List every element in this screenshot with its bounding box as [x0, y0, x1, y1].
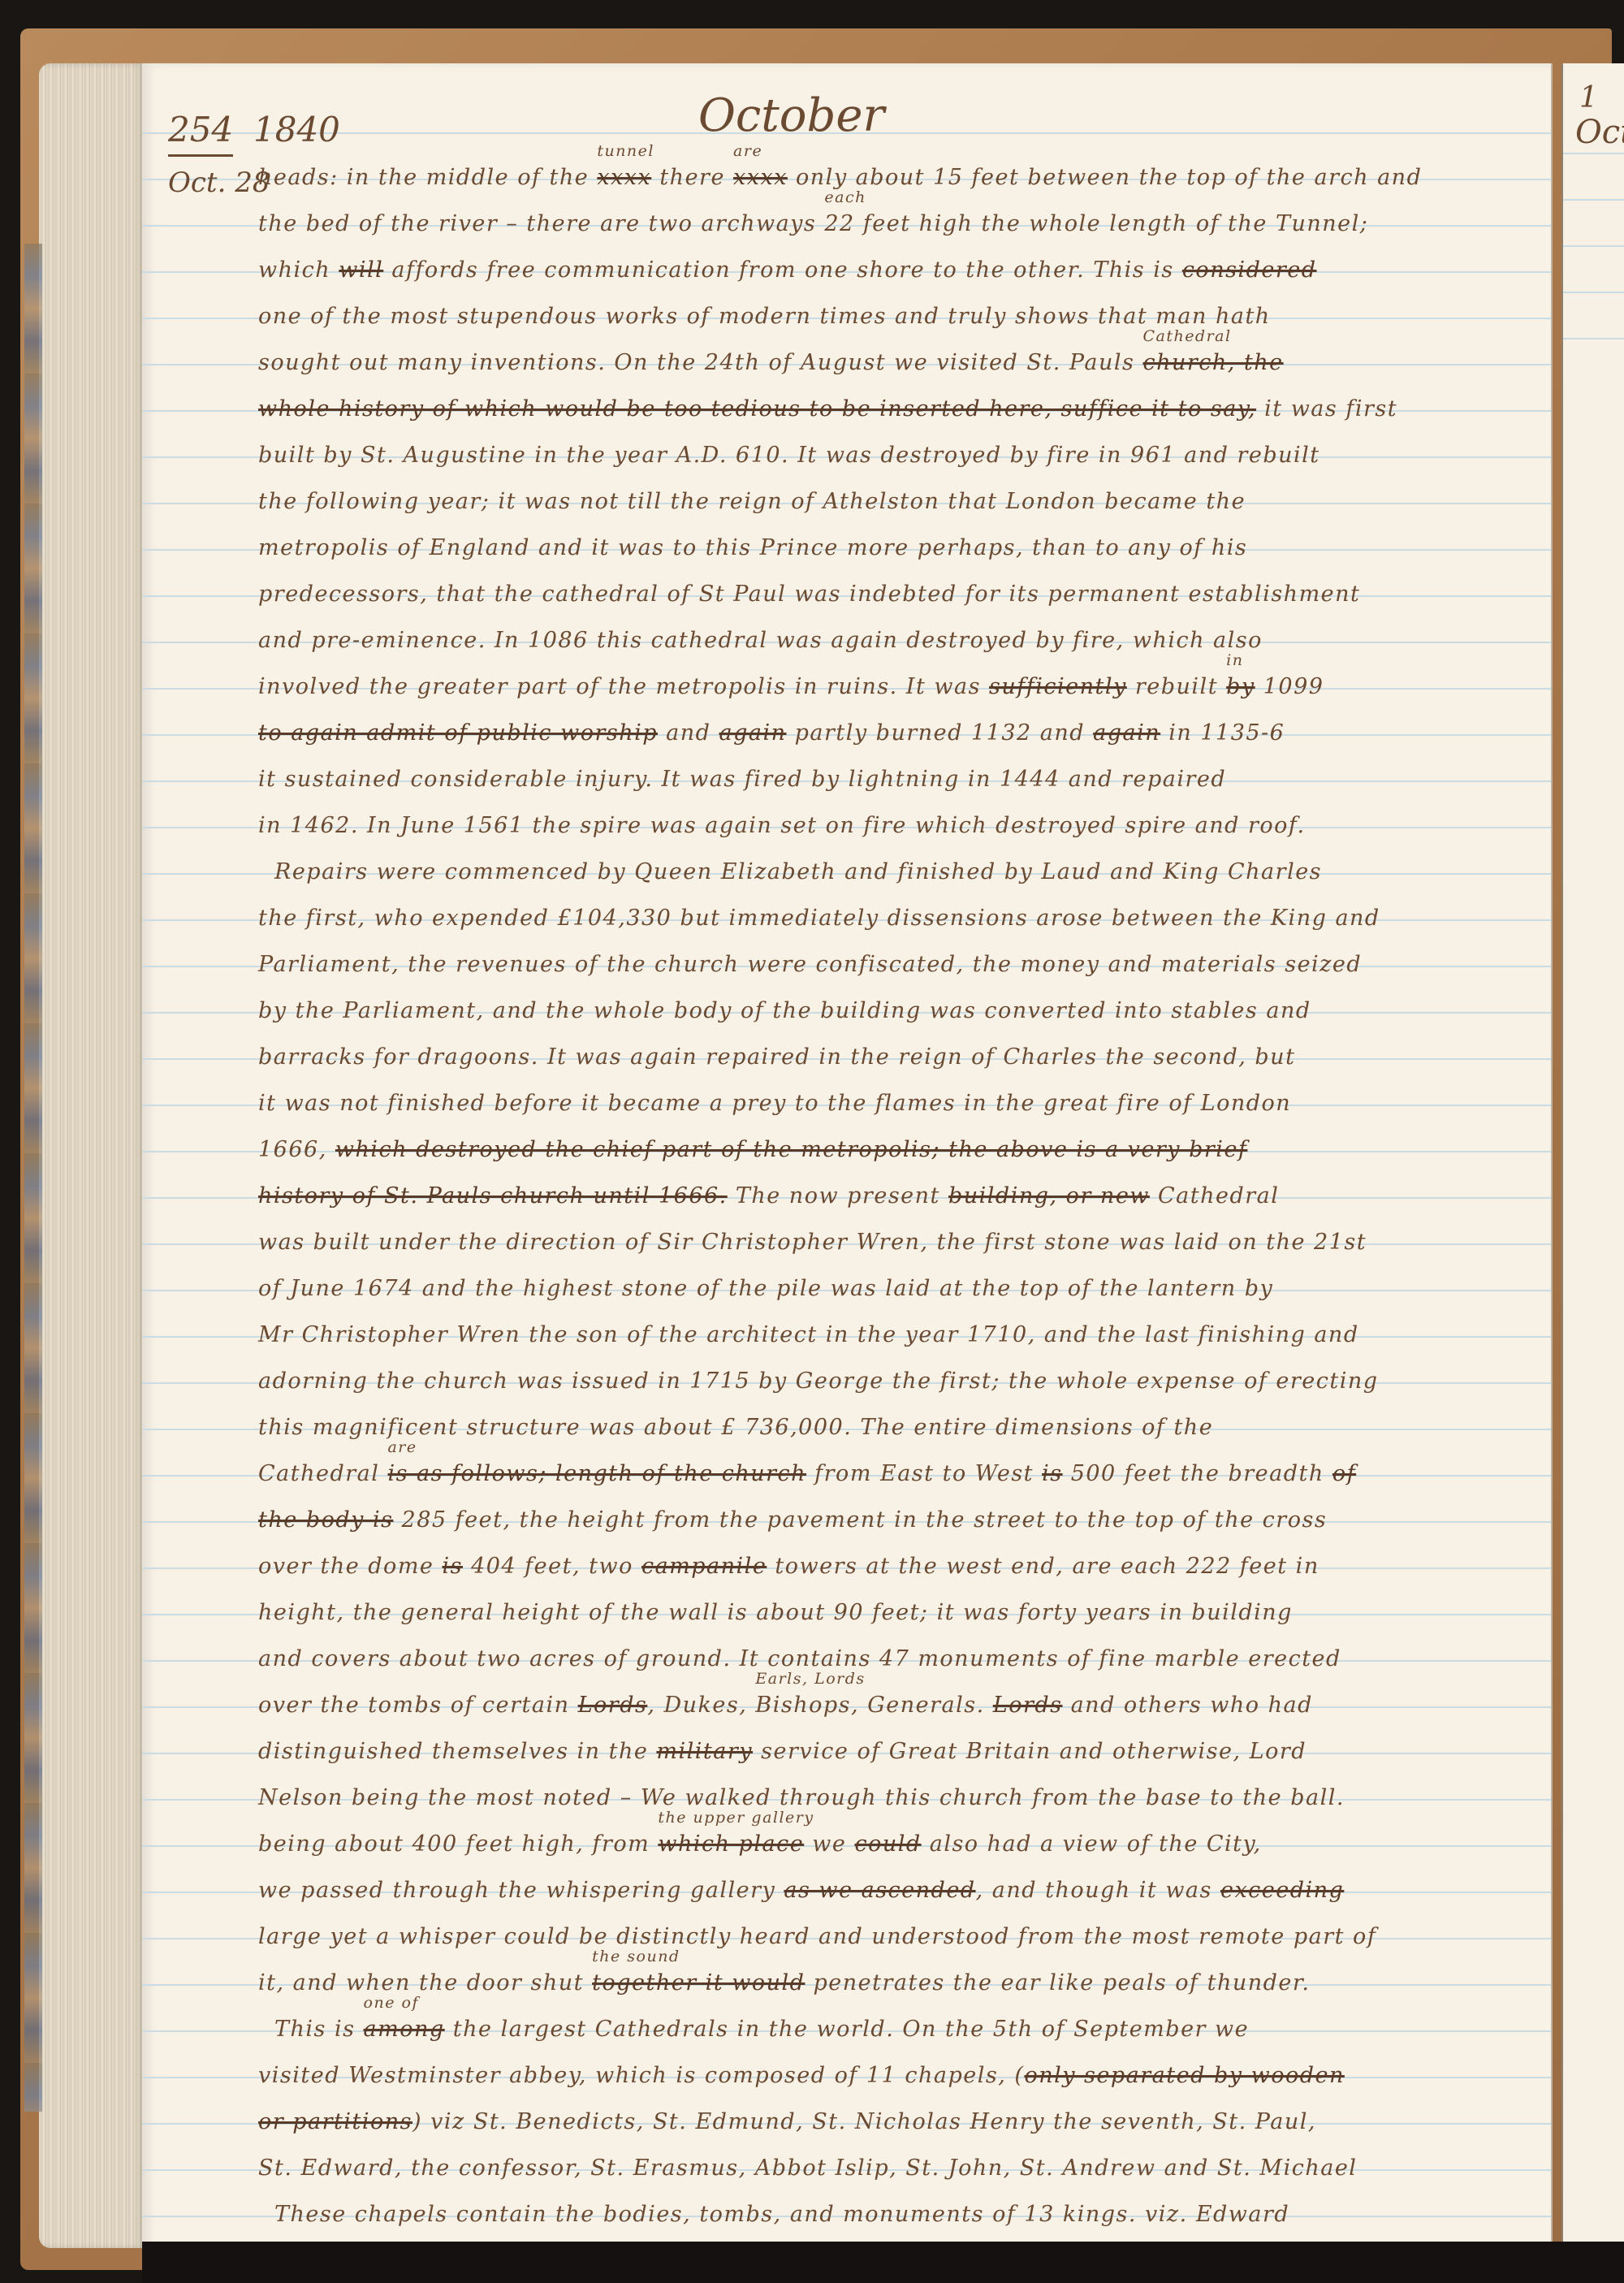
struck-text: or partitions — [258, 2109, 412, 2134]
text-line: adorning the church was issued in 1715 b… — [258, 1358, 1492, 1404]
text-line: These chapels contain the bodies, tombs,… — [258, 2191, 1492, 2238]
insertion: Cathedralchurch, the — [1142, 350, 1283, 375]
text-line: it was not finished before it became a p… — [258, 1080, 1492, 1126]
page-edges — [39, 63, 145, 2248]
text-run: 1666, — [258, 1137, 335, 1162]
interlinear-insertion: are — [733, 144, 762, 159]
entry-date: Oct. 28 — [168, 166, 270, 199]
text-line: height, the general height of the wall i… — [258, 1589, 1492, 1636]
text-line: the bed of the river – there are two arc… — [258, 201, 1492, 247]
text-line: it, and when the door shut the soundtoge… — [258, 1960, 1492, 2006]
text-run: rebuilt — [1127, 674, 1226, 699]
struck-text: is as follows; length of the church — [387, 1461, 806, 1486]
text-run: partly burned 1132 and — [786, 720, 1093, 746]
text-line: large yet a whisper could be distinctly … — [258, 1913, 1492, 1960]
interlinear-insertion: the sound — [592, 1949, 680, 1965]
text-line: St. Edward, the confessor, St. Erasmus, … — [258, 2145, 1492, 2191]
interlinear-insertion: one of — [364, 1995, 419, 2011]
text-line: heads: in the middle of the tunnelxxxx t… — [258, 154, 1492, 201]
struck-text: sufficiently — [989, 674, 1127, 699]
struck-text: considered — [1182, 257, 1317, 283]
text-line: history of St. Pauls church until 1666. … — [258, 1173, 1492, 1219]
text-run: there — [651, 165, 733, 190]
text-run: sought out many inventions. On the 24th … — [258, 350, 1142, 375]
text-run: Bishops, Generals. — [755, 1693, 992, 1718]
insertion: inby — [1226, 674, 1255, 699]
text-line: in 1462. In June 1561 the spire was agai… — [258, 802, 1492, 849]
text-run: it, and when the door shut — [258, 1970, 592, 1995]
struck-text: is — [442, 1554, 463, 1579]
text-line: the first, who expended £104,330 but imm… — [258, 895, 1492, 941]
text-run: towers at the west end, are each 222 fee… — [767, 1554, 1319, 1579]
text-line: being about 400 feet high, from the uppe… — [258, 1821, 1492, 1867]
journal-text: heads: in the middle of the tunnelxxxx t… — [258, 154, 1492, 2238]
struck-text: among — [364, 2017, 445, 2042]
struck-text: xxxx — [597, 165, 651, 190]
interlinear-insertion: are — [387, 1440, 417, 1455]
text-line: Cathedral areis as follows; length of th… — [258, 1451, 1492, 1497]
text-run: 22 feet high the whole length of the Tun… — [824, 211, 1368, 236]
text-line: involved the greater part of the metropo… — [258, 664, 1492, 710]
struck-text: is — [1042, 1461, 1063, 1486]
right-margin-line — [1551, 63, 1553, 2256]
text-run: 1099 — [1255, 674, 1324, 699]
struck-text: as we ascended — [784, 1878, 975, 1903]
text-run: Cathedral — [258, 1461, 387, 1486]
interlinear-insertion: the upper gallery — [658, 1810, 814, 1826]
marbled-endpaper — [24, 244, 42, 2112]
struck-text: which destroyed the chief part of the me… — [335, 1137, 1248, 1162]
text-run: which — [258, 257, 339, 283]
text-line: it sustained considerable injury. It was… — [258, 756, 1492, 802]
text-run: ) viz St. Benedicts, St. Edmund, St. Nic… — [412, 2109, 1316, 2134]
text-line: over the dome is 404 feet, two campanile… — [258, 1543, 1492, 1589]
text-run: penetrates the ear like peals of thunder… — [805, 1970, 1310, 1995]
text-run: 404 feet, two — [463, 1554, 641, 1579]
struck-text: which place — [658, 1831, 804, 1857]
journal-page-right — [1561, 63, 1624, 2256]
rule-line — [1563, 153, 1624, 154]
text-line: we passed through the whispering gallery… — [258, 1867, 1492, 1913]
struck-text: of — [1332, 1461, 1356, 1486]
text-line: and pre-eminence. In 1086 this cathedral… — [258, 617, 1492, 664]
text-run: in 1135-6 — [1160, 720, 1285, 746]
text-line: sought out many inventions. On the 24th … — [258, 339, 1492, 386]
text-line: Repairs were commenced by Queen Elizabet… — [258, 849, 1492, 895]
text-run: the bed of the river – there are two arc… — [258, 211, 824, 236]
facing-page-date-fragment: Oct. — [1575, 114, 1624, 151]
rule-line — [1563, 292, 1624, 293]
text-line: and covers about two acres of ground. It… — [258, 1636, 1492, 1682]
text-run: 285 feet, the height from the pavement i… — [393, 1507, 1327, 1533]
text-line: Nelson being the most noted – We walked … — [258, 1775, 1492, 1821]
text-run: The now present — [728, 1183, 948, 1209]
text-line: 1666, which destroyed the chief part of … — [258, 1126, 1492, 1173]
struck-text: whole history of which would be too tedi… — [258, 396, 1256, 422]
text-run: Cathedral — [1150, 1183, 1279, 1209]
interlinear-insertion: Cathedral — [1142, 329, 1231, 344]
text-run: over the tombs of certain — [258, 1693, 578, 1718]
text-line: visited Westminster abbey, which is comp… — [258, 2052, 1492, 2099]
struck-text: military — [656, 1739, 753, 1764]
text-line: the body is 285 feet, the height from th… — [258, 1497, 1492, 1543]
text-run: also had a view of the City, — [922, 1831, 1262, 1857]
text-line: barracks for dragoons. It was again repa… — [258, 1034, 1492, 1080]
text-line: over the tombs of certain Lords, Dukes, … — [258, 1682, 1492, 1728]
text-run: heads: in the middle of the — [258, 165, 597, 190]
month-heading: October — [698, 89, 884, 142]
insertion: arexxxx — [733, 165, 788, 190]
struck-text: will — [339, 257, 383, 283]
struck-text: again — [1093, 720, 1160, 746]
interlinear-insertion: Earls, Lords — [755, 1671, 865, 1687]
text-line: whole history of which would be too tedi… — [258, 386, 1492, 432]
text-line: Mr Christopher Wren the son of the archi… — [258, 1312, 1492, 1358]
struck-text: Lords — [993, 1693, 1063, 1718]
text-run: we — [804, 1831, 854, 1857]
text-run: only about 15 feet between the top of th… — [788, 165, 1422, 190]
text-line: predecessors, that the cathedral of St P… — [258, 571, 1492, 617]
text-run: , and though it was — [976, 1878, 1220, 1903]
struck-text: only separated by wooden — [1024, 2063, 1344, 2088]
struck-text: Lords — [578, 1693, 648, 1718]
text-run: and others who had — [1063, 1693, 1313, 1718]
struck-text: campanile — [641, 1554, 767, 1579]
struck-text: church, the — [1142, 350, 1283, 375]
text-run: This is — [274, 2017, 364, 2042]
insertion: tunnelxxxx — [597, 165, 651, 190]
struck-text: could — [854, 1831, 921, 1857]
rule-line — [1563, 338, 1624, 339]
struck-text: together it would — [592, 1970, 805, 1995]
text-run: from East to West — [806, 1461, 1042, 1486]
struck-text: by — [1226, 674, 1255, 699]
text-run: the largest Cathedrals in the world. On … — [445, 2017, 1249, 2042]
text-line: to again admit of public worship and aga… — [258, 710, 1492, 756]
text-run: visited Westminster abbey, which is comp… — [258, 2063, 1024, 2088]
text-run: 500 feet the breadth — [1063, 1461, 1332, 1486]
text-line: distinguished themselves in the military… — [258, 1728, 1492, 1775]
page-number: 254 — [168, 110, 233, 157]
text-line: by the Parliament, and the whole body of… — [258, 988, 1492, 1034]
insertion: the soundtogether it would — [592, 1970, 805, 1995]
text-line: or partitions) viz St. Benedicts, St. Ed… — [258, 2099, 1492, 2145]
struck-text: xxxx — [733, 165, 788, 190]
struck-text: the body is — [258, 1507, 393, 1533]
text-run: and — [658, 720, 719, 746]
text-line: This is one ofamong the largest Cathedra… — [258, 2006, 1492, 2052]
text-run: it was first — [1256, 396, 1397, 422]
struck-text: exceeding — [1220, 1878, 1344, 1903]
insertion: one ofamong — [364, 2017, 445, 2042]
rule-line — [1563, 199, 1624, 201]
text-run: service of Great Britain and otherwise, … — [753, 1739, 1307, 1764]
text-run: being about 400 feet high, from — [258, 1831, 658, 1857]
text-run: we passed through the whispering gallery — [258, 1878, 784, 1903]
facing-page-number-fragment: 1 — [1579, 81, 1598, 115]
interlinear-insertion: tunnel — [597, 144, 654, 159]
text-run: , Dukes, — [647, 1693, 755, 1718]
text-line: metropolis of England and it was to this… — [258, 525, 1492, 571]
text-run: over the dome — [258, 1554, 442, 1579]
text-line: which will affords free communication fr… — [258, 247, 1492, 293]
interlinear-insertion: each — [824, 190, 866, 205]
text-line: this magnificent structure was about £ 7… — [258, 1404, 1492, 1451]
book-bottom-edge — [142, 2242, 1624, 2283]
text-line: Parliament, the revenues of the church w… — [258, 941, 1492, 988]
interlinear-insertion: in — [1226, 653, 1243, 668]
rule-line — [1563, 245, 1624, 247]
text-line: built by St. Augustine in the year A.D. … — [258, 432, 1492, 478]
text-line: was built under the direction of Sir Chr… — [258, 1219, 1492, 1265]
struck-text: history of St. Pauls church until 1666. — [258, 1183, 728, 1209]
struck-text: to again admit of public worship — [258, 720, 658, 746]
text-line: of June 1674 and the highest stone of th… — [258, 1265, 1492, 1312]
year-heading: 1840 — [253, 110, 340, 149]
struck-text: again — [719, 720, 786, 746]
text-run: affords free communication from one shor… — [383, 257, 1182, 283]
text-run: distinguished themselves in the — [258, 1739, 656, 1764]
text-run: involved the greater part of the metropo… — [258, 674, 989, 699]
text-line: the following year; it was not till the … — [258, 478, 1492, 525]
text-line: one of the most stupendous works of mode… — [258, 293, 1492, 339]
struck-text: building, or new — [948, 1183, 1150, 1209]
insertion: areis as follows; length of the church — [387, 1461, 806, 1486]
insertion: the upper gallerywhich place — [658, 1831, 804, 1857]
